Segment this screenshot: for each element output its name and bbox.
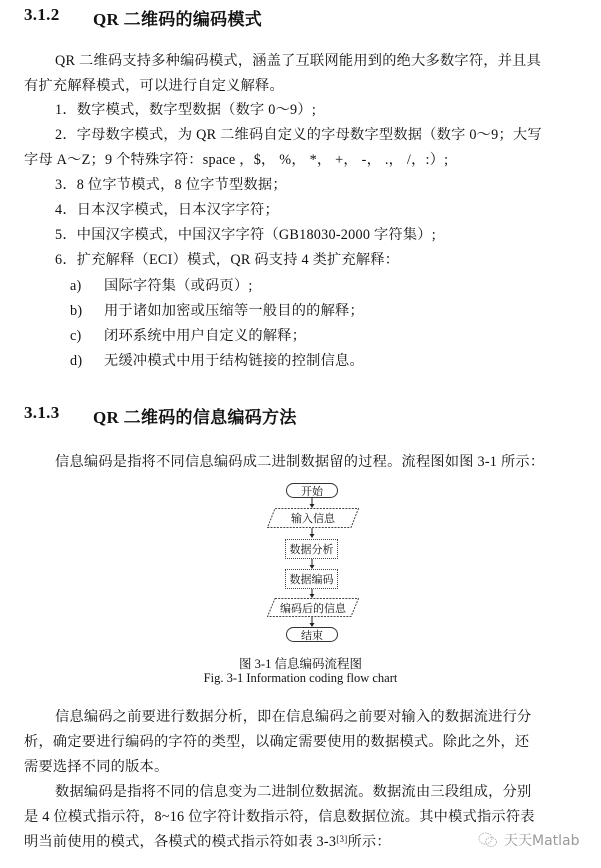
paragraph-text: 明当前使用的模式，各模式的模式指示符如表 3-3 [24, 834, 336, 850]
flowchart: 开始 输入信息 数据分析 数据编码 编码后的信息 结束 [0, 0, 601, 650]
paragraph-line: 析，确定要进行编码的字符的类型，以确定需要使用的数据模式。除此之外，还 [24, 733, 529, 751]
flowchart-end-node: 结束 [286, 627, 338, 642]
figure-caption-cn: 图 3-1 信息编码流程图 [0, 654, 601, 672]
paragraph-line: 信息编码之前要进行数据分析，即在信息编码之前要对输入的数据流进行分 [55, 708, 531, 726]
watermark-text: 天天Matlab [504, 830, 580, 850]
flowchart-input-node: 输入信息 [267, 508, 359, 528]
watermark: 天天Matlab [478, 830, 580, 850]
figure-caption-en: Fig. 3-1 Information coding flow chart [0, 671, 601, 686]
paragraph-line: 是 4 位模式指示符，8~16 位字符计数指示符，信息数据位流。其中模式指示符表 [24, 808, 535, 826]
flowchart-analysis-node: 数据分析 [285, 539, 338, 559]
citation-link[interactable]: [3] [336, 834, 347, 844]
flowchart-encode-node: 数据编码 [285, 569, 338, 589]
flowchart-start-node: 开始 [286, 483, 338, 498]
flowchart-node-label: 编码后的信息 [267, 598, 359, 617]
paragraph-line: 需要选择不同的版本。 [24, 758, 168, 776]
wechat-icon [478, 832, 498, 848]
paragraph-text: 所示： [347, 834, 390, 850]
paragraph-line: 明当前使用的模式，各模式的模式指示符如表 3-3[3]所示： [24, 833, 391, 851]
arrow-down-icon [308, 528, 316, 539]
flowchart-node-label: 输入信息 [267, 508, 359, 528]
flowchart-output-node: 编码后的信息 [267, 598, 359, 617]
paragraph-line: 数据编码是指将不同的信息变为二进制位数据流。数据流由三段组成，分别 [55, 783, 531, 801]
